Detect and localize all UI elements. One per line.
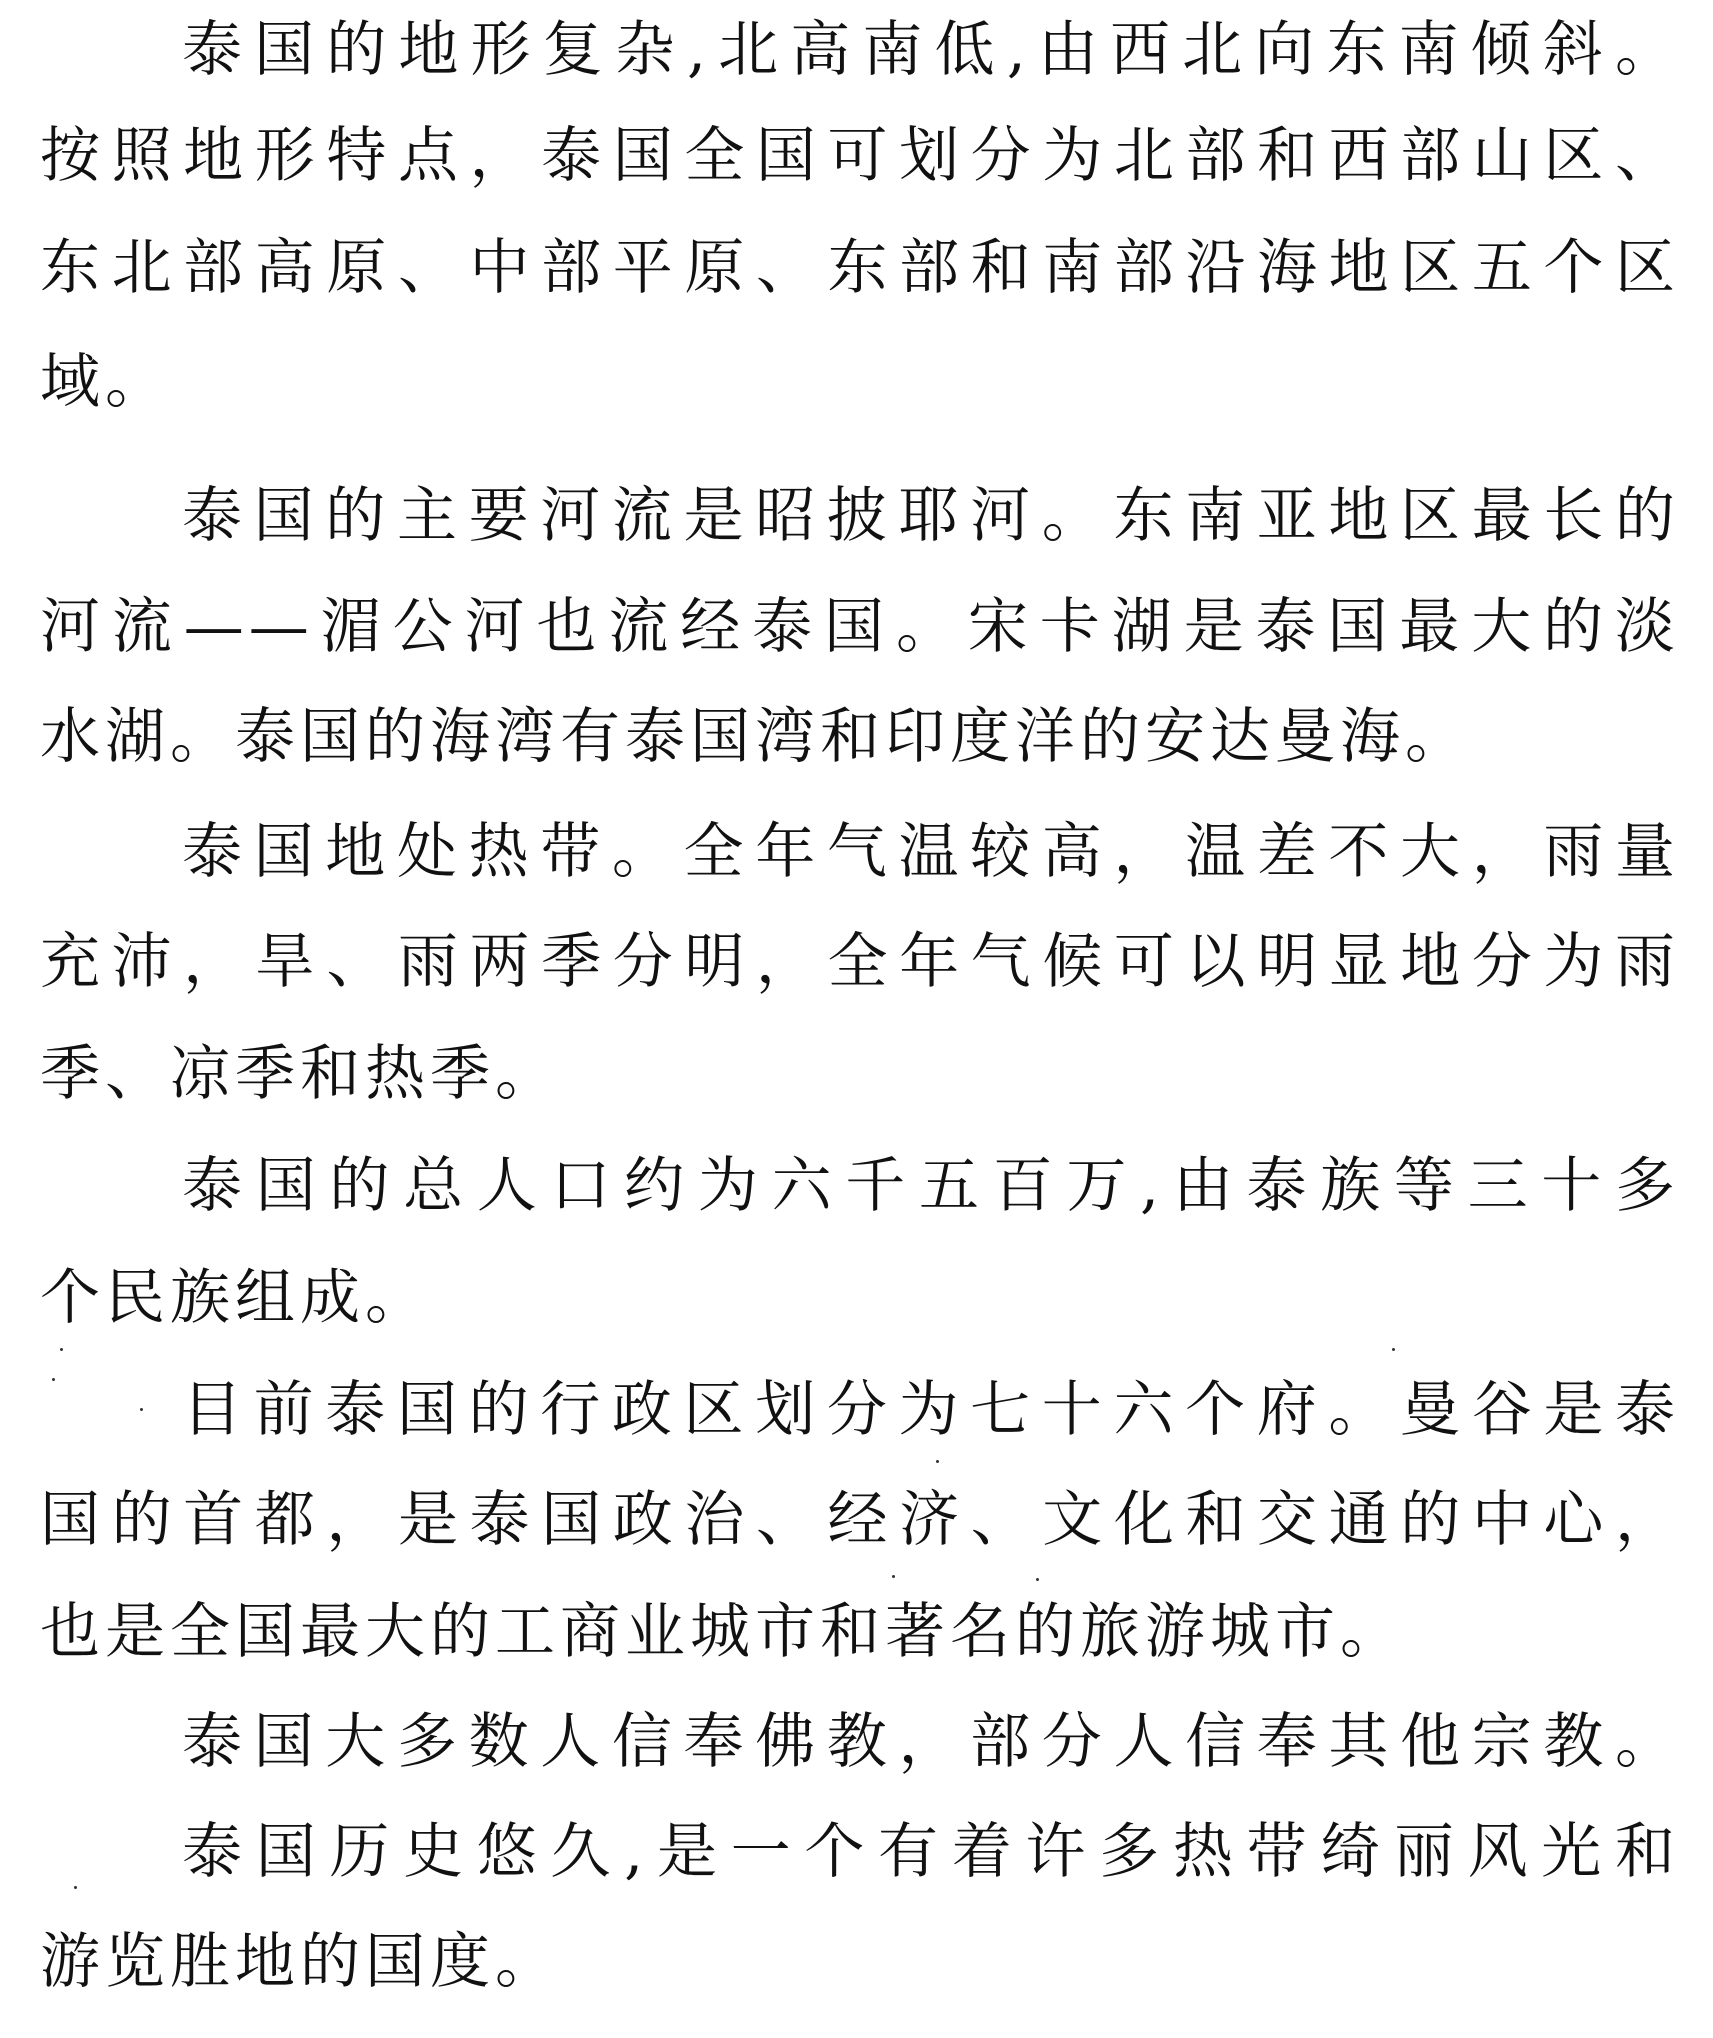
text-line: 泰国的总人口约为六千五百万,由泰族等三十多 xyxy=(182,1146,1680,1226)
text-line: 游览胜地的国度。 xyxy=(40,1922,1680,2002)
scan-speck xyxy=(936,1460,939,1463)
text-line: 泰国历史悠久,是一个有着许多热带绮丽风光和 xyxy=(182,1812,1680,1892)
text-line: 季、凉季和热季。 xyxy=(40,1034,1680,1114)
text-line: 充沛，旱、雨两季分明，全年气候可以明显地分为雨 xyxy=(40,922,1680,1002)
text-line: 河流——湄公河也流经泰国。宋卡湖是泰国最大的淡 xyxy=(40,587,1680,667)
scan-speck xyxy=(140,1408,143,1411)
scan-speck xyxy=(892,1575,895,1578)
text-line: 域。 xyxy=(40,342,1680,422)
scan-speck xyxy=(52,1378,55,1381)
text-line: 泰国的地形复杂,北高南低,由西北向东南倾斜。 xyxy=(182,10,1680,90)
text-line: 个民族组成。 xyxy=(40,1258,1680,1338)
text-line: 泰国地处热带。全年气温较高，温差不大，雨量 xyxy=(182,812,1680,892)
scan-speck xyxy=(74,1886,77,1889)
text-line: 国的首都，是泰国政治、经济、文化和交通的中心， xyxy=(40,1480,1680,1560)
scan-speck xyxy=(1036,1578,1039,1581)
text-line: 泰国的主要河流是昭披耶河。东南亚地区最长的 xyxy=(182,476,1680,556)
scan-speck xyxy=(1392,1348,1395,1351)
scan-speck xyxy=(60,1348,63,1351)
text-line: 按照地形特点，泰国全国可划分为北部和西部山区、 xyxy=(40,116,1680,196)
text-line: 也是全国最大的工商业城市和著名的旅游城市。 xyxy=(40,1592,1680,1672)
scanned-page: 泰国的地形复杂,北高南低,由西北向东南倾斜。 按照地形特点，泰国全国可划分为北部… xyxy=(0,0,1713,2038)
text-line: 泰国大多数人信奉佛教，部分人信奉其他宗教。 xyxy=(182,1702,1680,1782)
text-line: 目前泰国的行政区划分为七十六个府。曼谷是泰 xyxy=(182,1370,1680,1450)
text-line: 东北部高原、中部平原、东部和南部沿海地区五个区 xyxy=(40,228,1680,308)
text-line: 水湖。泰国的海湾有泰国湾和印度洋的安达曼海。 xyxy=(40,697,1680,777)
